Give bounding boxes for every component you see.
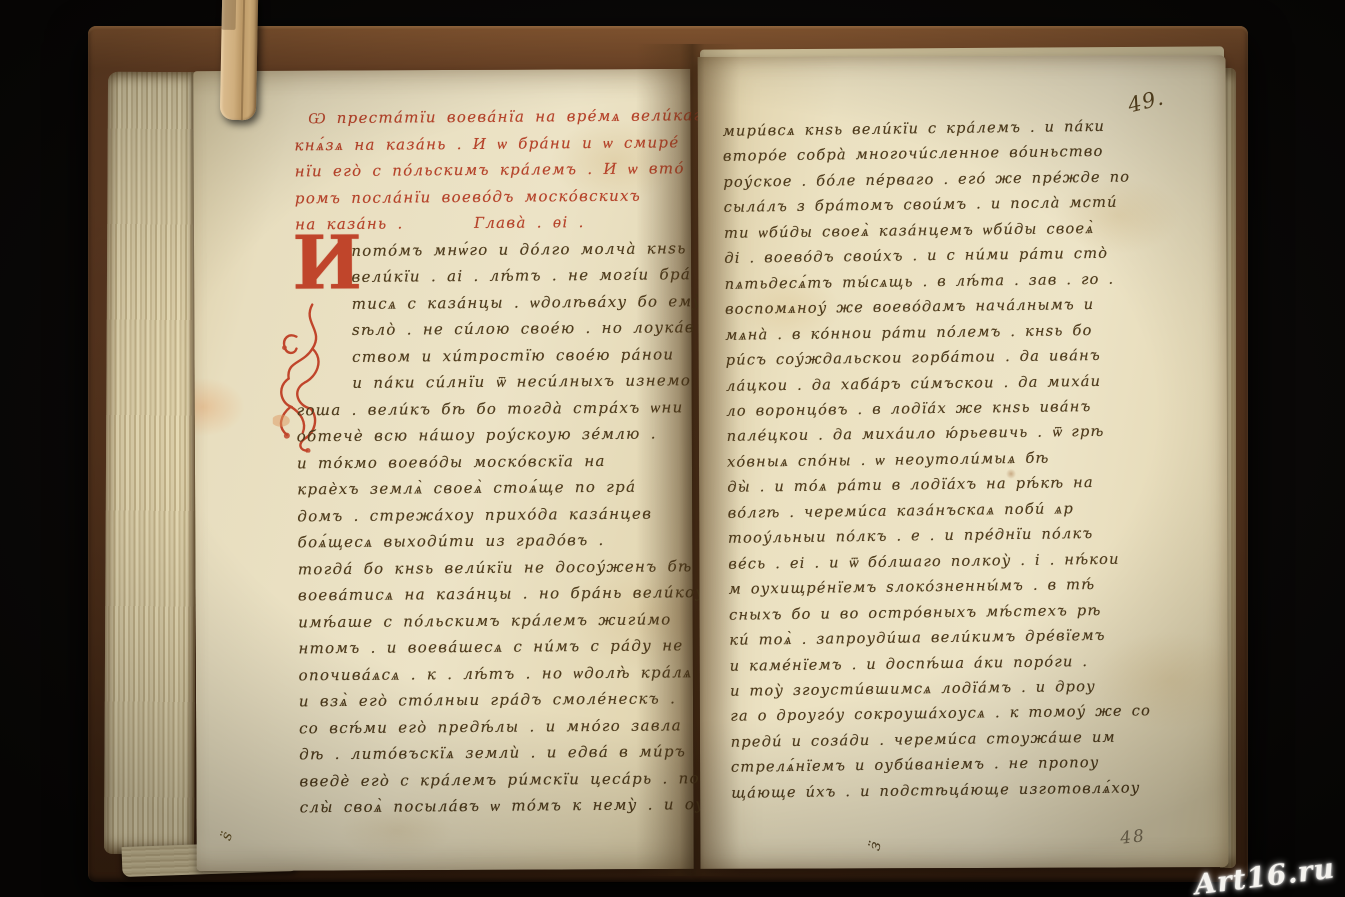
manuscript-line: тогда́ бо кнѕь вели́кїи не досоу́женъ бѣ bbox=[298, 553, 694, 583]
manuscript-line: гоша . вели́къ бѣ бо тогда̀ стра́хъ ѡни bbox=[296, 394, 692, 424]
rubric-line: нїи его̀ с по́льскимъ кра́лемъ . И ѡ вто… bbox=[295, 155, 691, 185]
manuscript-line: и па́ки си́лнїи ѿ неси́лныхъ изнемо bbox=[296, 367, 692, 397]
manuscript-line: боѧ́щесѧ выходи́ти из градо́въ . bbox=[297, 526, 693, 556]
manuscript-line: введѐ его̀ с кра́лемъ ри́мскїи цеса́рь .… bbox=[299, 765, 695, 795]
manuscript-line: ством и хи́тростїю свое́ю ра́нои bbox=[296, 341, 692, 371]
manuscript-line: воева́тисѧ на каза́нцы . но бра́нь вели́… bbox=[298, 579, 694, 609]
manuscript-line: нтомъ . и воева́шесѧ с ни́мъ с ра́ду не bbox=[298, 632, 694, 662]
manuscript-line: пото́мъ мнѡ́го и до́лго молча̀ кнѕь bbox=[295, 235, 691, 265]
right-page-text-column: мири́всѧ кнѕь вели́кїи с кра́лемъ . и па… bbox=[723, 113, 1146, 806]
left-page: И Ѡ п bbox=[193, 69, 693, 871]
manuscript-line: вели́кїи . аі . лѣ́тъ . не могі́и бра́ bbox=[295, 261, 691, 291]
folio-number-pencil: 48 bbox=[1119, 826, 1147, 849]
rubric-line: на каза́нь . Глава̀ . ѳі . bbox=[295, 208, 691, 238]
right-page: 49. мири́всѧ кнѕь вели́кїи с кра́лемъ . … bbox=[698, 55, 1229, 869]
left-quire-signature: ѕ̈ bbox=[217, 829, 237, 842]
manuscript-line: краѐхъ землѧ̀ своеѧ̀ стоѧ́ще по гра́ bbox=[297, 473, 693, 503]
manuscript-line: ща́юще и́хъ . и подстѣца́юще изготовлѧ́х… bbox=[731, 775, 1145, 806]
manuscript-line: слы̀ своѧ̀ посыла́въ ѡ то́мъ к нему̀ . и… bbox=[300, 791, 696, 821]
manuscript-line: пале́цкои . да миха́ило ю́рьевичь . ѿ гр… bbox=[727, 419, 1141, 450]
manuscript-book: И Ѡ п bbox=[88, 26, 1248, 882]
manuscript-line: дѣ . лито́въскїѧ землѝ . и едва́ в ми́ръ bbox=[299, 738, 695, 768]
manuscript-line: ды̀ . и то́ѧ ра́ти в лодїа́хъ на рѣ́кѣ н… bbox=[727, 470, 1141, 501]
manuscript-line: тисѧ с каза́нцы . ѡдолѣва́ху бо ему̀ bbox=[296, 288, 692, 318]
right-quire-signature: ӟ bbox=[864, 839, 885, 852]
left-page-stack-edge bbox=[104, 72, 198, 854]
left-page-body-text: пото́мъ мнѡ́го и до́лго молча̀ кнѕьвели́… bbox=[295, 235, 696, 821]
rubric-line: Ѡ преста́тїи воева́нїа на вре́мѧ вели́ка… bbox=[294, 102, 690, 132]
rubric-line: ромъ посла́нїи воево́дъ моско́вскихъ bbox=[295, 182, 691, 212]
manuscript-line: ѕѣло̀ . не си́лою свое́ю . но лоука́в bbox=[296, 314, 692, 344]
left-page-text-column: Ѡ преста́тїи воева́нїа на вре́мѧ вели́ка… bbox=[294, 102, 696, 821]
wooden-bookmark-ruler bbox=[220, 0, 258, 120]
manuscript-line: и то́кмо воево́ды моско́вскїа на bbox=[297, 447, 693, 477]
rubric-line: кнѧ́зѧ на каза́нь . И ѡ бра́ни и ѡ смире… bbox=[294, 129, 690, 159]
manuscript-line: со всѣ́ми его̀ предѣ́лы . и мно́го завла bbox=[299, 712, 695, 742]
photo-background: И Ѡ п bbox=[0, 0, 1345, 897]
chapter-heading-rubric: Ѡ преста́тїи воева́нїа на вре́мѧ вели́ка… bbox=[294, 102, 691, 238]
manuscript-line: имѣ́аше с по́льскимъ кра́лемъ жиги́мо bbox=[298, 606, 694, 636]
manuscript-line: опочива́ѧсѧ . к . лѣ́тъ . но ѡдолѣ̀ кра́… bbox=[299, 659, 695, 689]
manuscript-line: обтечѐ всю на́шоу роу́скоую зе́млю . bbox=[297, 420, 693, 450]
manuscript-line: и взѧ̀ его̀ сто́лныи гра́дъ смоле́нескъ … bbox=[299, 685, 695, 715]
manuscript-line: домъ . стрежа́хоу прихо́да каза́нцев bbox=[297, 500, 693, 530]
